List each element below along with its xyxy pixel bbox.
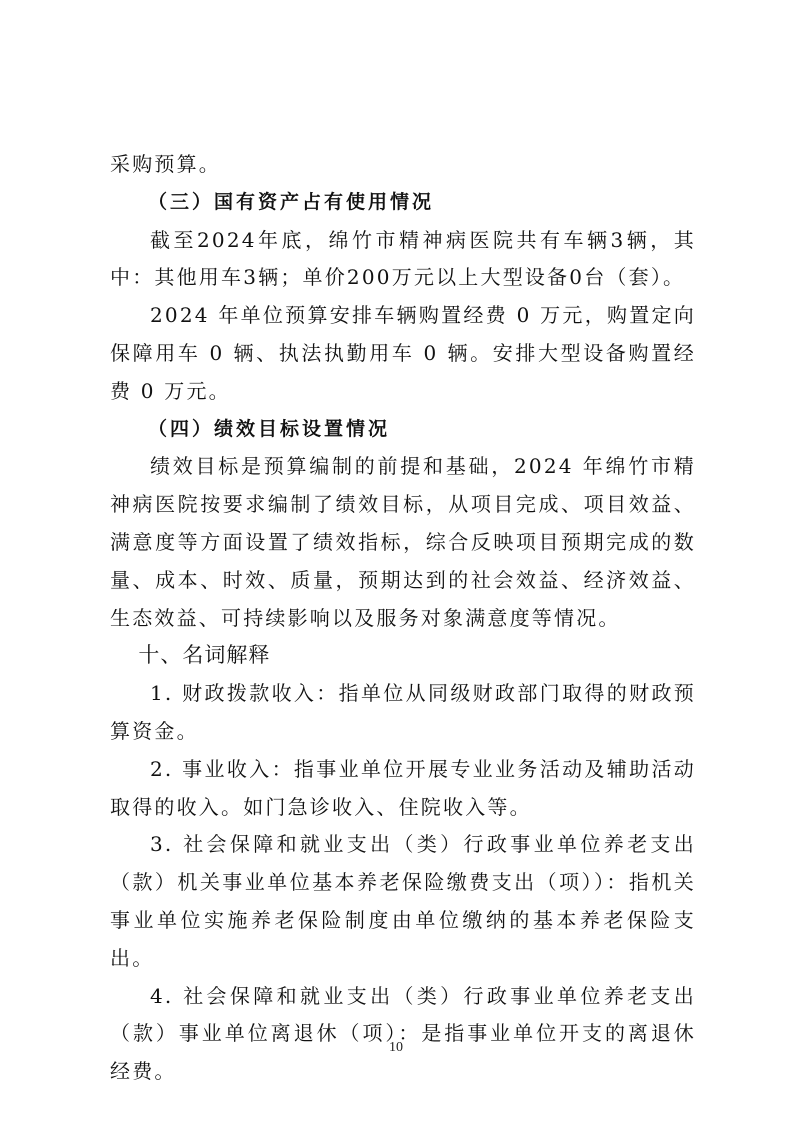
page-number: 10 <box>0 1040 792 1056</box>
paragraph-vehicles: 截至2024年底，绵竹市精神病医院共有车辆3辆，其中：其他用车3辆；单价200万… <box>110 222 696 298</box>
glossary-item-3: 3. 社会保障和就业支出（类）行政事业单位养老支出（款）机关事业单位基本养老保险… <box>110 826 696 977</box>
document-page: 采购预算。 （三）国有资产占有使用情况 截至2024年底，绵竹市精神病医院共有车… <box>110 146 696 1091</box>
paragraph-performance-goals: 绩效目标是预算编制的前提和基础，2024 年绵竹市精神病医院按要求编制了绩效目标… <box>110 448 696 637</box>
heading-glossary: 十、名词解释 <box>110 637 696 675</box>
paragraph-vehicle-budget: 2024 年单位预算安排车辆购置经费 0 万元，购置定向保障用车 0 辆、执法执… <box>110 297 696 410</box>
glossary-item-4: 4. 社会保障和就业支出（类）行政事业单位养老支出（款）事业单位离退休（项）：是… <box>110 978 696 1091</box>
subheading-performance-goals: （四）绩效目标设置情况 <box>110 411 696 449</box>
paragraph-procurement-tail: 采购预算。 <box>110 146 696 184</box>
glossary-item-2: 2. 事业收入：指事业单位开展专业业务活动及辅助活动取得的收入。如门急诊收入、住… <box>110 751 696 827</box>
subheading-state-assets: （三）国有资产占有使用情况 <box>110 184 696 222</box>
glossary-item-1: 1. 财政拨款收入：指单位从同级财政部门取得的财政预算资金。 <box>110 675 696 751</box>
